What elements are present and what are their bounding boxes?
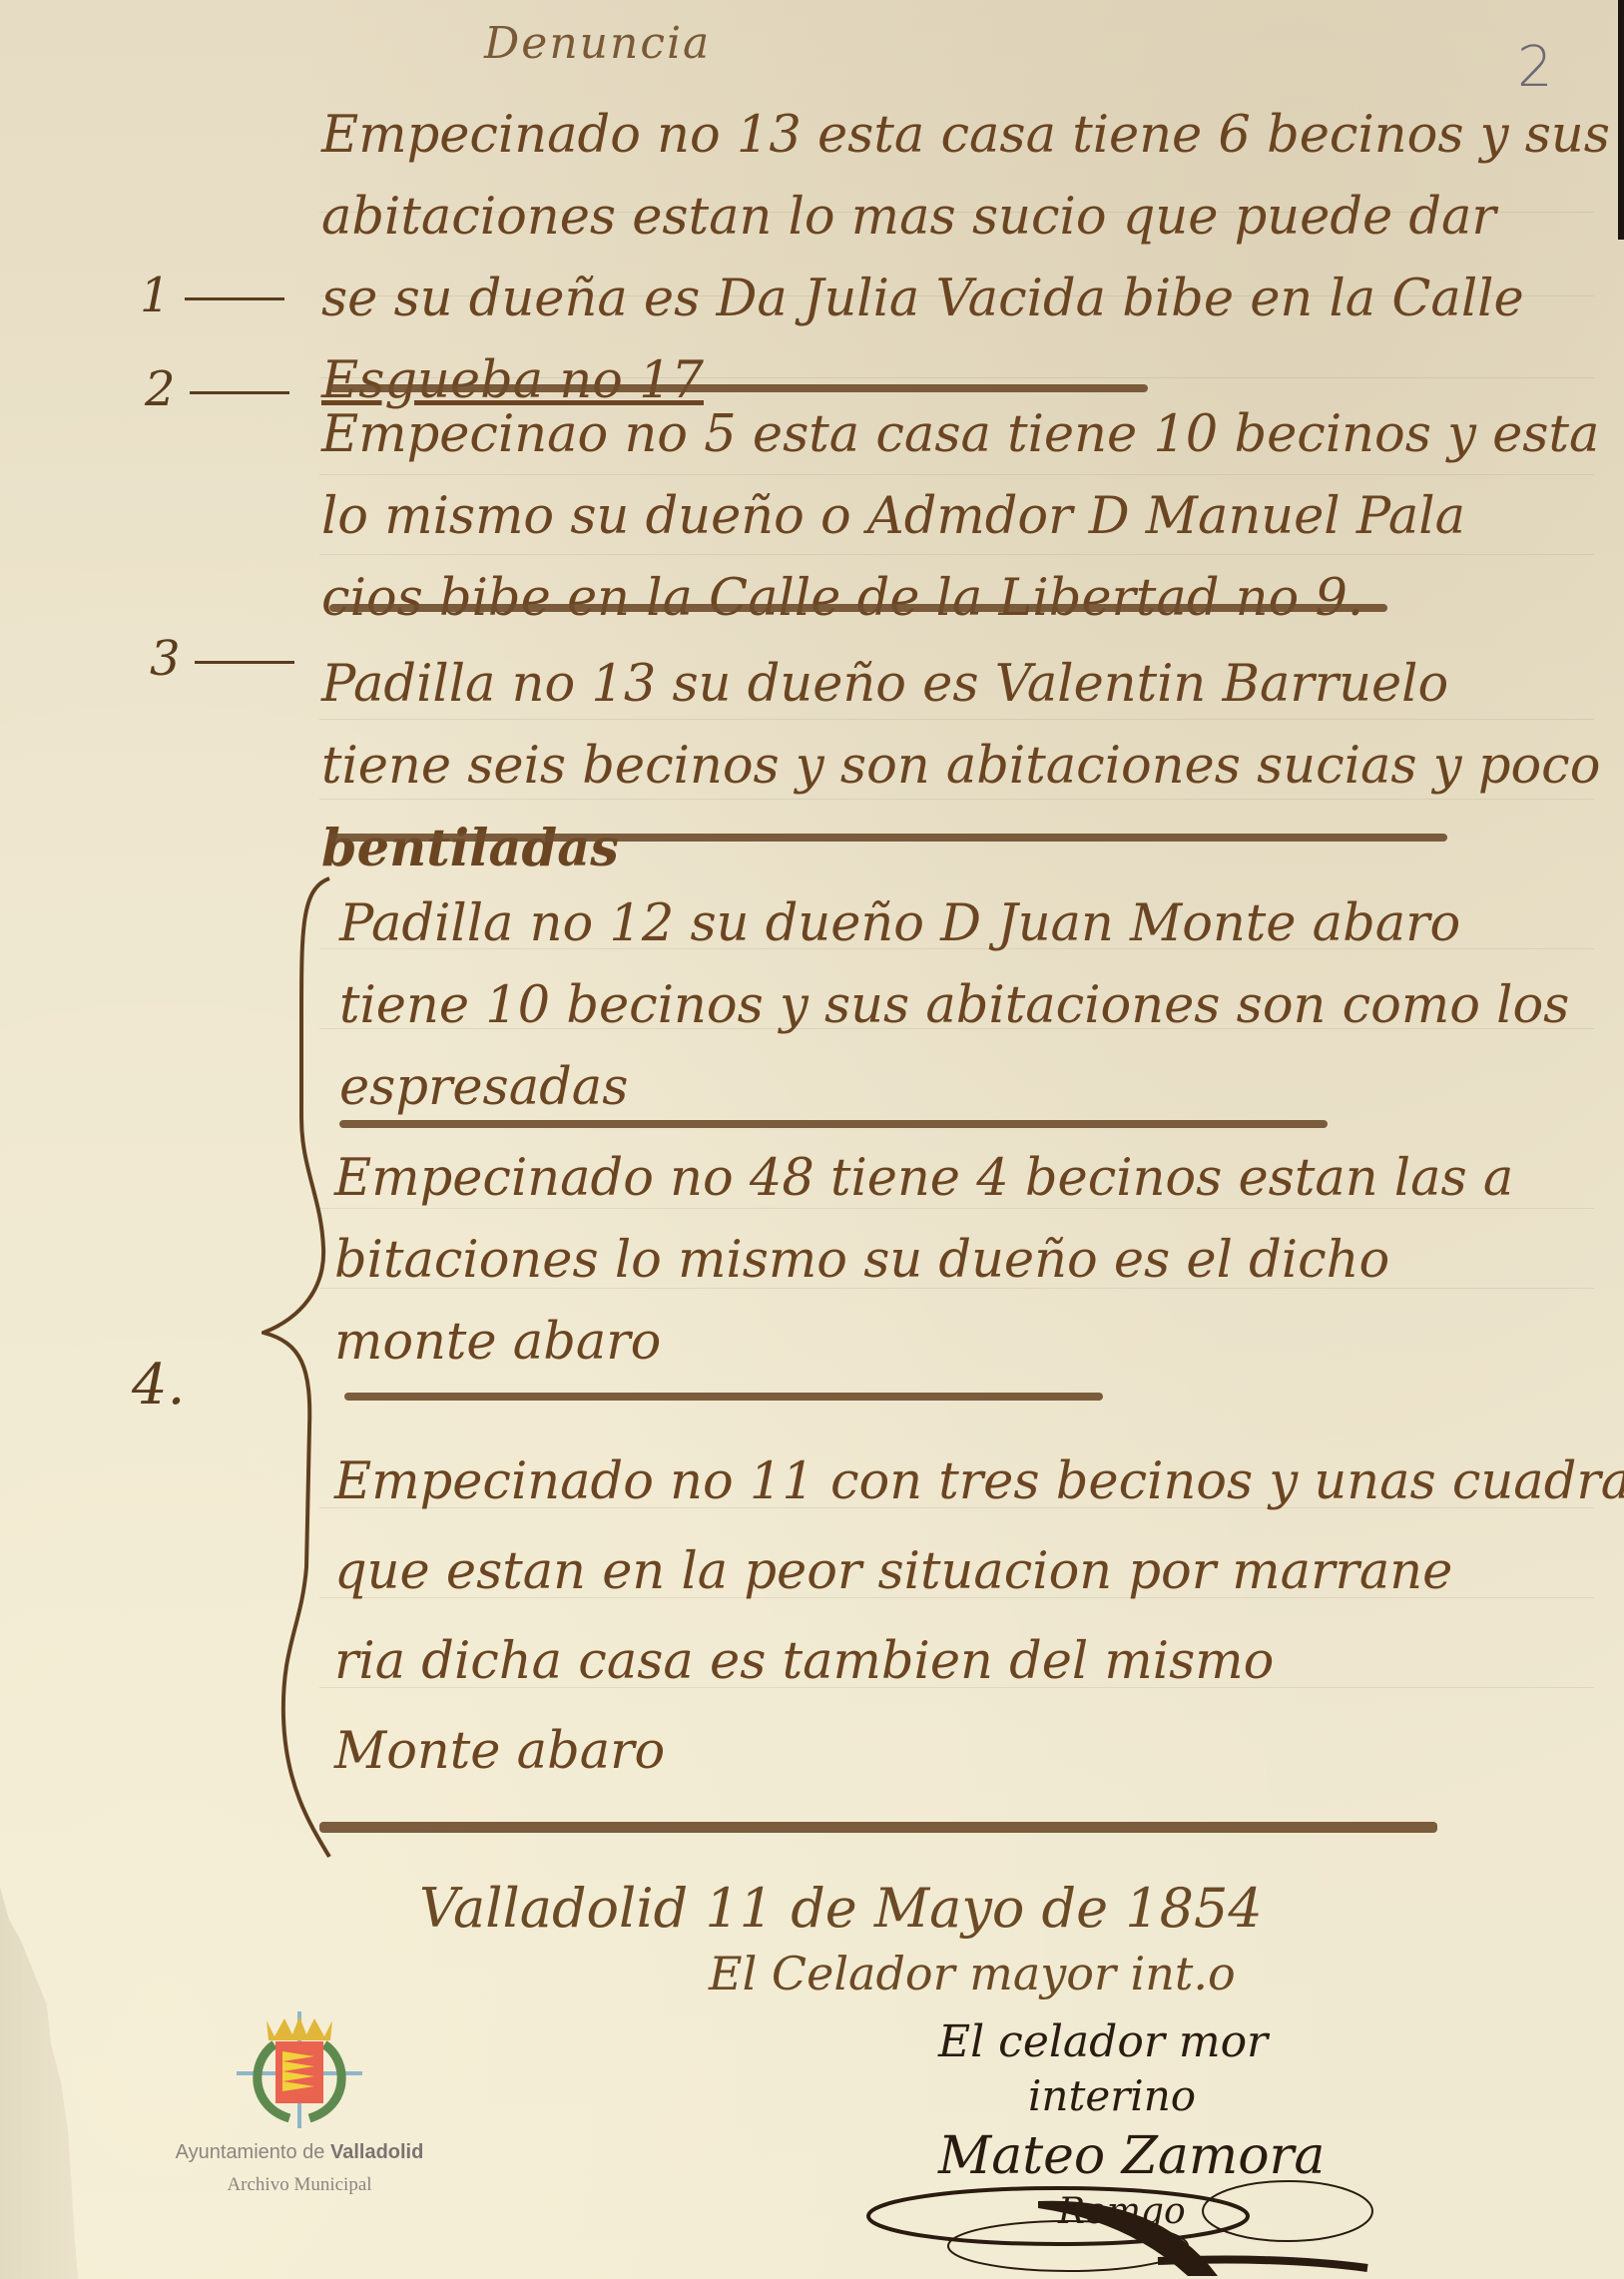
entry-line: tiene seis becinos y son abitaciones suc… [321, 726, 1594, 808]
entry-number-4: 4. [132, 1353, 185, 1418]
entry-1: Empecinado no 13 esta casa tiene 6 becin… [321, 95, 1594, 422]
closing-rule [319, 1822, 1437, 1833]
entry-line: espresadas [339, 1047, 1594, 1129]
entry-3: Padilla no 13 su dueño es Valentin Barru… [321, 644, 1594, 889]
entry-line: que estan en la peor situacion por marra… [334, 1527, 1594, 1617]
entry-4a: Padilla no 12 su dueño D Juan Monte abar… [339, 883, 1594, 1129]
margin-dash [190, 391, 289, 394]
folio-number: 2 [1517, 35, 1553, 100]
entry-4b: Empecinado no 48 tiene 4 becinos estan l… [334, 1138, 1594, 1384]
scan-edge [1618, 0, 1624, 240]
entry-line: Empecinado no 48 tiene 4 becinos estan l… [334, 1138, 1594, 1220]
document-date: Valladolid 11 de Mayo de 1854 [419, 1877, 1263, 1940]
entry-line: Padilla no 12 su dueño D Juan Monte abar… [339, 883, 1594, 965]
entry-number-2: 2 [145, 361, 289, 417]
separator-rule [339, 1120, 1328, 1128]
celador-title: El Celador mayor int.o [709, 1947, 1236, 2000]
entry-line: Empecinado no 11 con tres becinos y unas… [334, 1437, 1594, 1527]
entry-line: abitaciones estan lo mas sucio que puede… [321, 177, 1594, 259]
archive-watermark: Ayuntamiento de Valladolid Archivo Munic… [140, 2006, 459, 2196]
entry-line: se su dueña es Da Julia Vacida bibe en l… [321, 259, 1594, 340]
margin-dash [185, 297, 284, 300]
entry-line: monte abaro [334, 1302, 1594, 1384]
entry-line: bentiladas [321, 808, 1594, 889]
curly-bracket-icon [262, 868, 331, 1867]
rubric-flourish-icon [858, 2176, 1377, 2279]
signature-line-2: interino [1028, 2071, 1196, 2120]
entry-line: Empecinao no 5 esta casa tiene 10 becino… [321, 394, 1594, 476]
entry-line: Monte abaro [334, 1707, 1594, 1797]
entry-4c: Empecinado no 11 con tres becinos y unas… [334, 1437, 1594, 1797]
separator-rule [329, 604, 1387, 612]
entry-line: cios bibe en la Calle de la Libertad no … [321, 558, 1594, 640]
separator-rule [329, 384, 1148, 392]
manuscript-page: Denuncia 2 1 Empecinado no 13 esta casa … [0, 0, 1624, 2279]
separator-rule [344, 1393, 1103, 1401]
valladolid-coat-of-arms-icon [235, 2006, 364, 2131]
entry-line: lo mismo su dueño o Admdor D Manuel Pala [321, 476, 1594, 558]
margin-dash [195, 661, 294, 664]
document-heading: Denuncia [484, 18, 711, 69]
separator-rule [329, 834, 1447, 842]
signature-line-1: El celador mor [938, 2016, 1268, 2067]
archive-subtitle: Archivo Municipal [140, 2174, 459, 2196]
entry-line: tiene 10 becinos y sus abitaciones son c… [339, 965, 1594, 1047]
entry-line: Padilla no 13 su dueño es Valentin Barru… [321, 644, 1594, 726]
entry-line: bitaciones lo mismo su dueño es el dicho [334, 1220, 1594, 1302]
entry-line: Empecinado no 13 esta casa tiene 6 becin… [321, 95, 1594, 177]
entry-number-1: 1 [140, 268, 284, 323]
entry-number-3: 3 [150, 631, 294, 687]
entry-line: ria dicha casa es tambien del mismo [334, 1617, 1594, 1707]
torn-paper-edge [0, 1887, 85, 2279]
org-name: Ayuntamiento de Valladolid [140, 2141, 459, 2164]
